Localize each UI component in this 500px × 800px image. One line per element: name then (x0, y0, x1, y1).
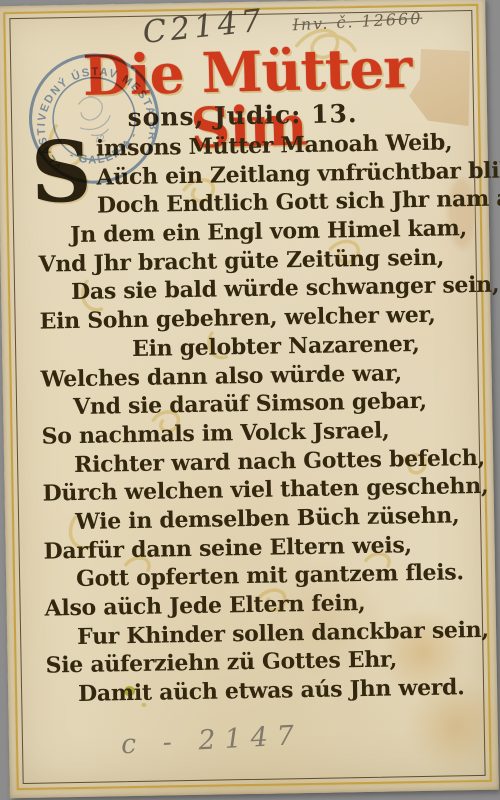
drop-cap-initial: S (31, 142, 92, 204)
manuscript-page: C2147 Inv. č. 12660 Die Mütter Sim sons,… (0, 0, 499, 798)
poem-text: Simsons Mütter Manoah Weib, Aüch ein Zei… (36, 129, 486, 710)
scanned-manuscript: { "page": { "background_color": "#8c8c8c… (0, 0, 500, 800)
